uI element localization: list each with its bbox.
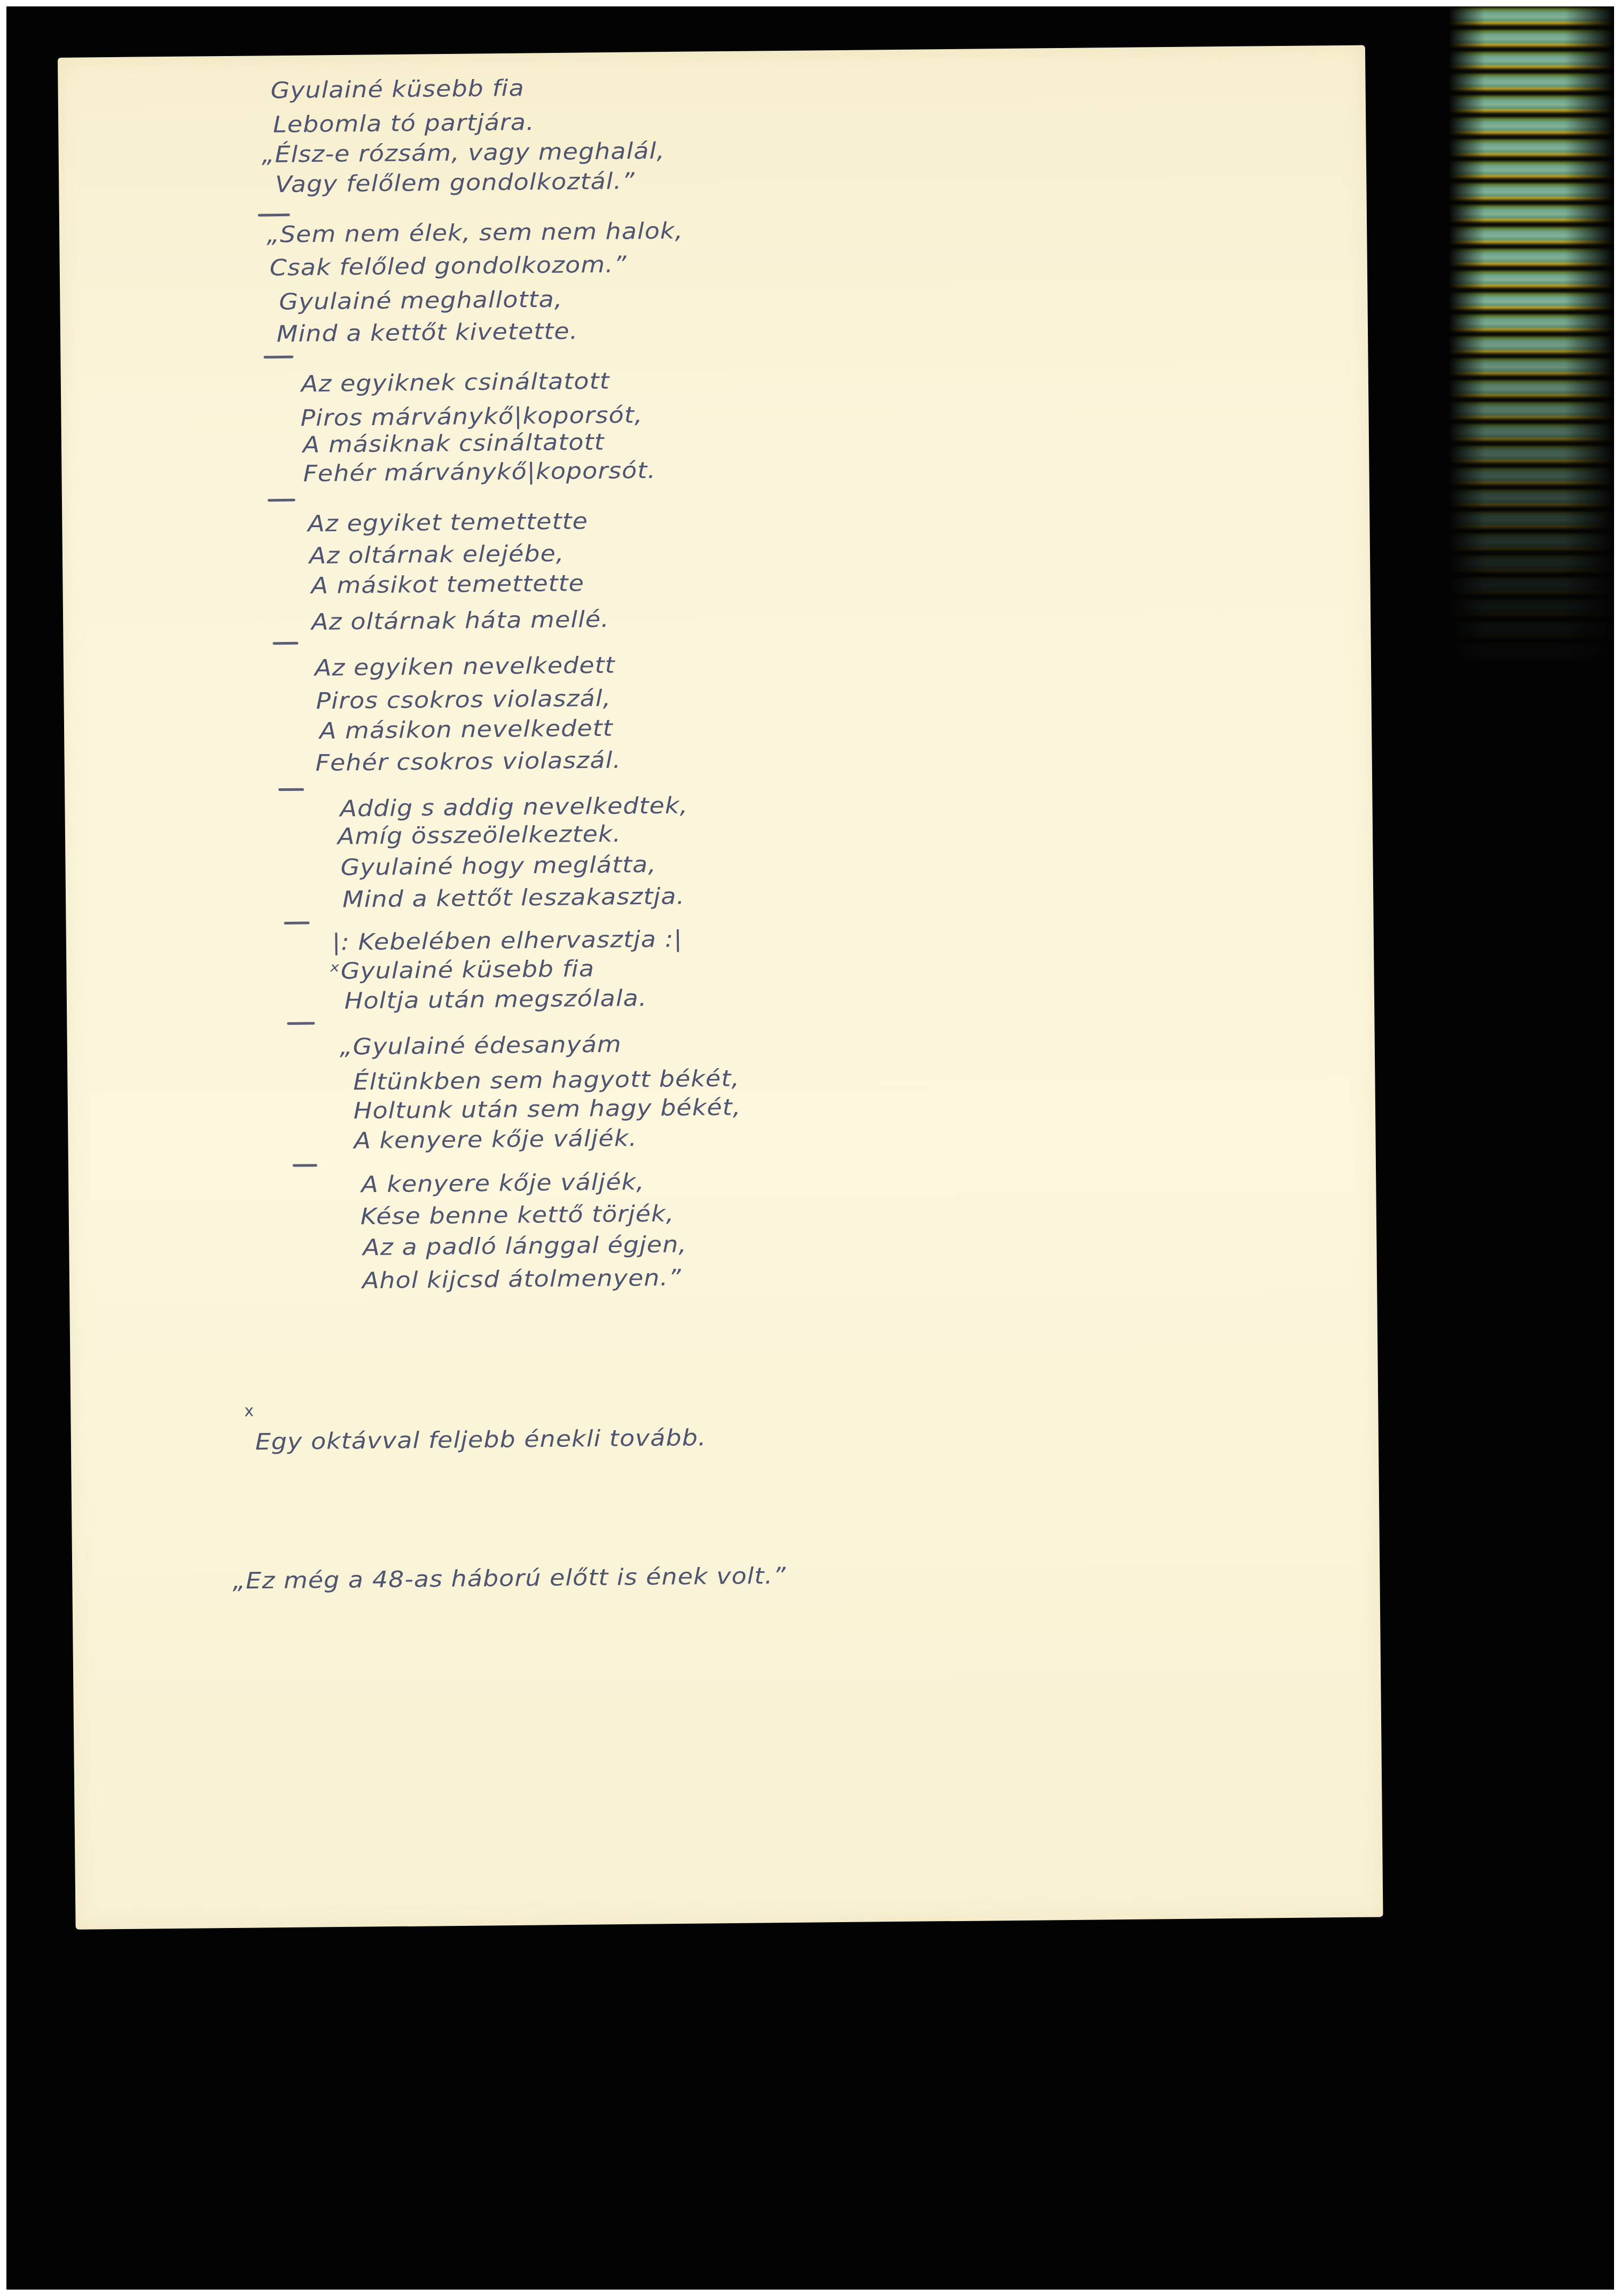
verse-line: Piros csokros violaszál, [316,687,611,712]
verse-line: Piros márványkő|koporsót, [300,403,643,429]
verse-line: A kenyere kője váljék, [361,1170,645,1195]
verse-line: Addig s addig nevelkedtek, [340,794,688,820]
verse-line: Fehér csokros violaszál. [315,749,621,774]
verse-line: Éltünkben sem hagyott békét, [353,1067,740,1093]
stanza-divider [268,499,295,501]
verse-line: Csak felőled gondolkozom.” [270,253,627,279]
footnote-marker: x [244,1402,254,1421]
verse-line: Az a padló lánggal égjen, [363,1233,687,1258]
stanza-divider [263,356,293,359]
verse-line: „Gyulainé édesanyám [340,1033,622,1058]
verse-line: Lebomla tó partjára. [273,111,535,136]
verse-line: A másikon nevelkedett [319,717,613,742]
stanza-divider [258,214,290,217]
verse-line: Holtja után megszólala. [344,986,647,1012]
verse-line: Gyulainé hogy meglátta, [340,853,656,879]
verse-line: A másikot temettette [311,571,584,597]
verse-line: Gyulainé meghallotta, [279,288,562,313]
verse-line: Az oltárnak háta mellé. [311,608,609,633]
stanza-divider [278,788,304,791]
stanza-divider [273,642,299,645]
verse-line: Az egyiken nevelkedett [315,654,615,679]
verse-line: „Sem nem élek, sem nem halok, [267,219,683,246]
verse-line: Kése benne kettő törjék, [361,1202,675,1228]
verse-line: Gyulainé küsebb fia [270,76,524,101]
verse-line: Az egyiknek csináltatott [301,370,610,395]
verse-line: Az oltárnak elejébe, [309,542,565,567]
verse-line: |: Kebelében elhervasztja :| [332,928,683,954]
stanza-divider [284,922,310,924]
verse-line: A másiknak csináltatott [303,430,605,456]
verse-line: A kenyere kője váljék. [354,1126,637,1151]
scan-stripe-fade [1448,6,1614,674]
verse-line: Mind a kettőt leszakasztja. [342,884,685,910]
stanza-divider [287,1022,315,1024]
verse-line: Mind a kettőt kivetette. [277,319,578,345]
manuscript-page: Gyulainé küsebb fia Lebomla tó partjára.… [58,45,1383,1930]
verse-line: Fehér márványkő|koporsót. [303,459,656,485]
footnote-text: Egy oktávval feljebb énekli tovább. [255,1426,707,1453]
verse-line: Vagy felőlem gondolkoztál.” [275,169,635,195]
verse-line: Amíg összeölelkeztek. [338,822,621,848]
verse-line: ˣGyulainé küsebb fia [329,957,594,982]
colophon-note: „Ez még a 48-as háború előtt is ének vol… [232,1564,786,1592]
stanza-divider [293,1164,317,1166]
verse-line: Ahol kijcsd átolmenyen.” [362,1266,682,1292]
verse-line: „Élsz-e rózsám, vagy meghalál, [262,139,665,166]
verse-line: Az egyiket temettette [308,510,588,535]
verse-line: Holtunk után sem hagy békét, [354,1095,741,1122]
